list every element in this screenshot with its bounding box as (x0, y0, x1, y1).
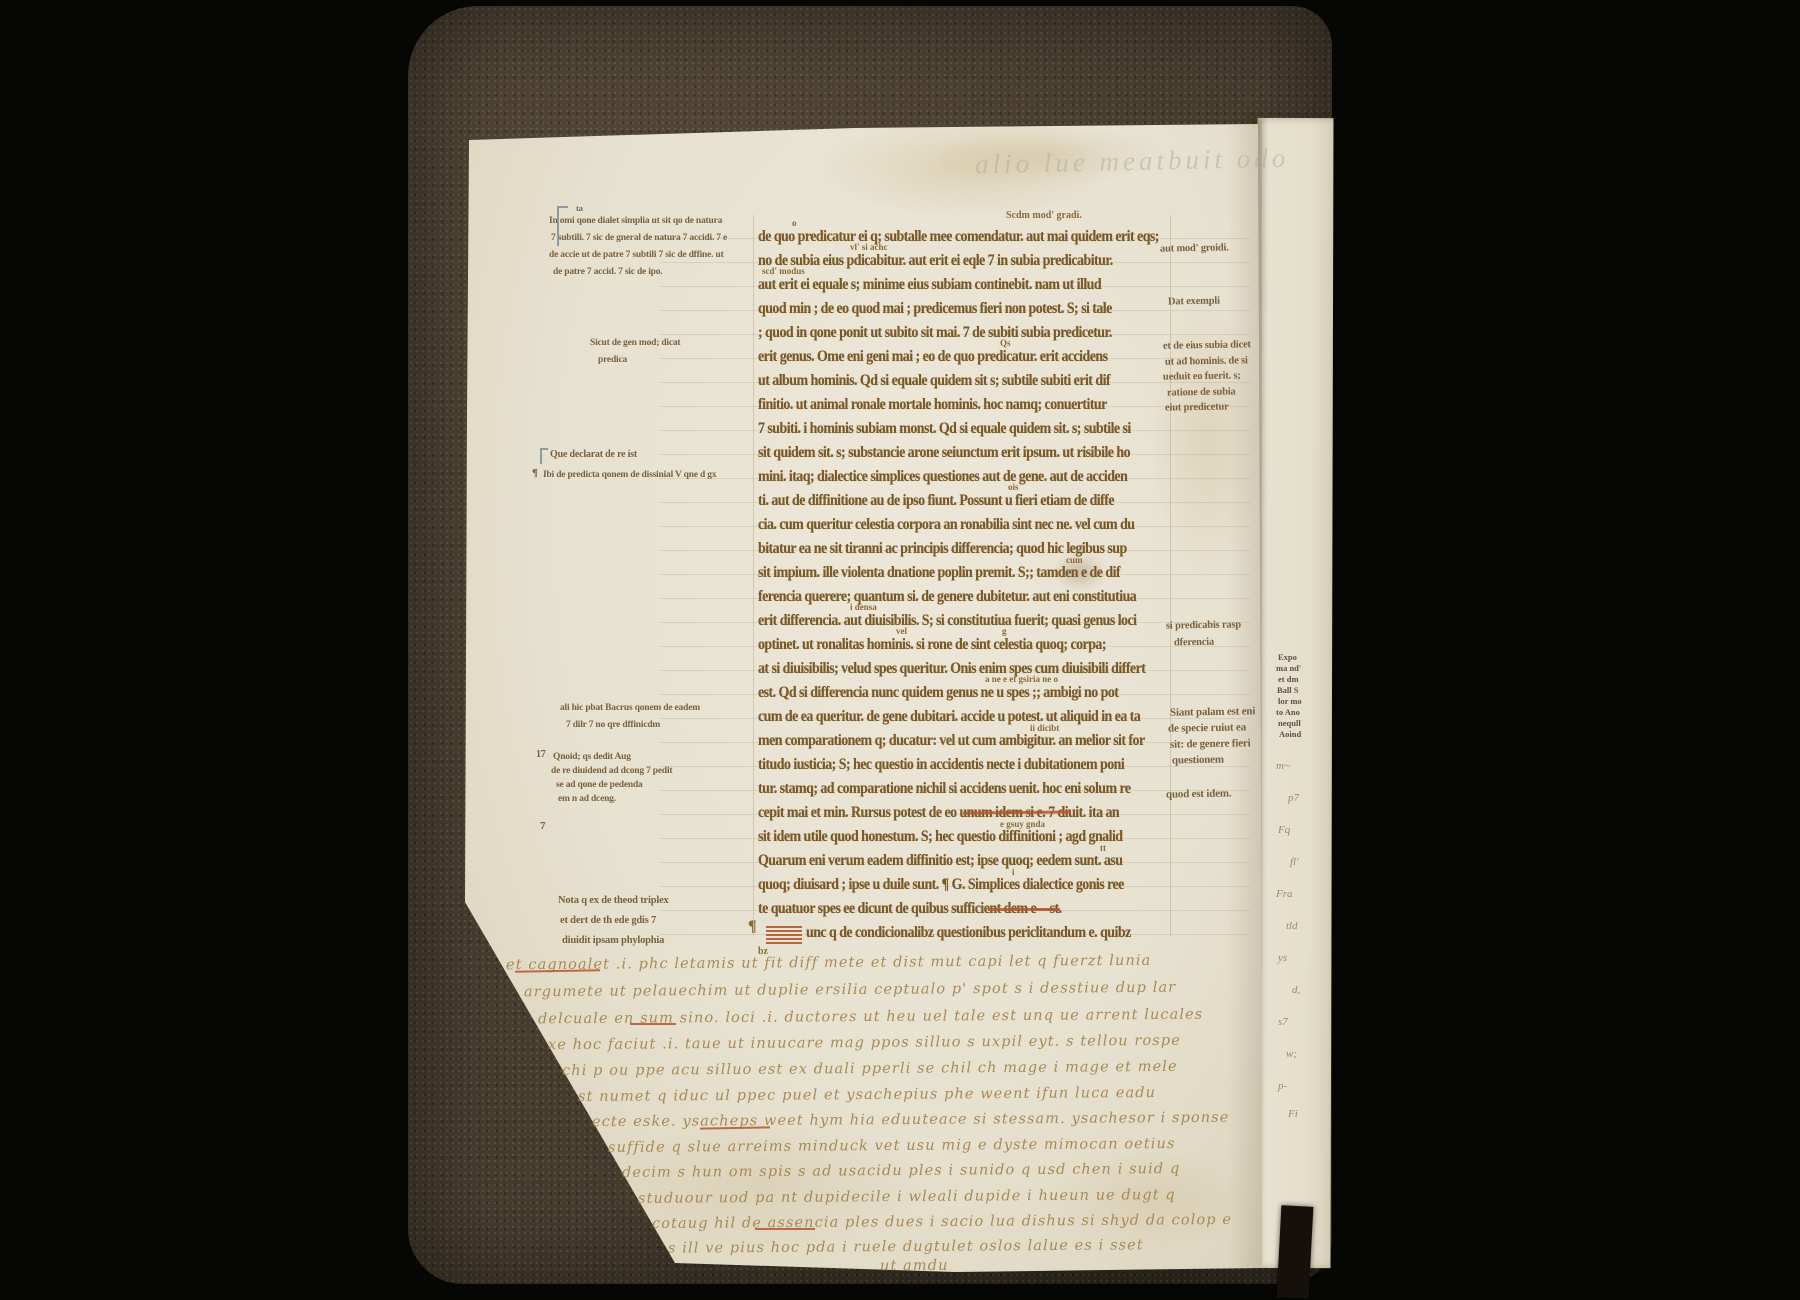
photo-canvas: alio lue meatbuit odo de quo predicatur … (0, 0, 1800, 1300)
ruling-vertical-right (1170, 215, 1171, 937)
ruling-vertical-left (753, 215, 754, 937)
paraph-bracket-icon (540, 448, 548, 464)
rubric-ornament-icon (766, 926, 802, 944)
second-folio-edge (1254, 118, 1333, 1268)
ghost-inscription: alio lue meatbuit odo (975, 143, 1290, 181)
paraph-bracket-icon (557, 206, 568, 246)
red-filler-mark (988, 908, 1060, 911)
red-underline (755, 1228, 815, 1230)
ruling-lines (660, 216, 1250, 938)
bookmark-ribbon (1277, 1205, 1314, 1299)
red-underline (630, 1023, 676, 1025)
